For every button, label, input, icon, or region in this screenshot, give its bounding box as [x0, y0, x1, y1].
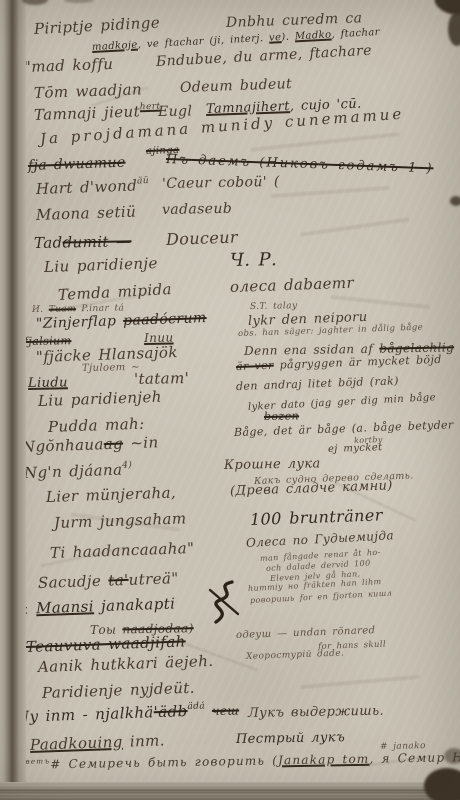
- handwritten-line-struck: Teauvuva waadjifah: [26, 632, 186, 656]
- line-text: Pudda mah:: [48, 415, 145, 436]
- handwritten-line: Ч. Р.: [230, 249, 278, 271]
- handwritten-line: Лукъ выдержишь.: [248, 704, 384, 721]
- line-text: janakapti: [94, 594, 176, 615]
- handwritten-line-struck: Пъ даемъ (Никовъ годамъ 1 ): [166, 152, 434, 176]
- handwritten-annotation: Tjuloem ~: [82, 362, 140, 374]
- line-text: ej mycket: [328, 442, 383, 455]
- handwritten-line: Odeum budeut: [180, 76, 293, 96]
- handwritten-line: Пестрый лукъ: [236, 730, 345, 747]
- handwritten-annotation: ej mycket: [328, 442, 383, 455]
- handwritten-line: Taddumit —: [34, 232, 132, 252]
- line-text: Крошне лука: [224, 456, 321, 473]
- handwritten-line: Hart d'wondäü: [36, 176, 150, 198]
- struck-text: fja dwuamue: [28, 155, 126, 174]
- line-text: Ng'n djáana: [24, 461, 123, 482]
- line-text: S.T. talay: [250, 301, 298, 312]
- handwritten-line: Temda mipida: [58, 280, 173, 304]
- handwritten-line: Liu paridienjeh: [38, 388, 162, 410]
- inserted-word: äü: [137, 176, 149, 186]
- handwritten-line: 100 brunträner: [250, 505, 383, 529]
- handwritten-line: Aanik hutkkari äejeh.: [38, 652, 214, 676]
- handwritten-line-struck: fjalsium: [24, 334, 72, 348]
- line-text: "Zinjerflap: [36, 313, 124, 332]
- line-text: Liu paridienjeh: [38, 388, 162, 410]
- ink-scribble: [204, 580, 244, 624]
- struck-text: Teauvuva waadjifah: [26, 632, 186, 656]
- handwritten-line: олеса dabaemr: [230, 274, 355, 296]
- line-text: Temda mipida: [58, 280, 173, 304]
- handwritten-line-struck: bozen: [264, 409, 299, 423]
- handwritten-line: S.T. talay: [250, 301, 298, 312]
- line-text: madkoje: [92, 40, 138, 53]
- struck-text: dumit —: [62, 232, 131, 251]
- page-edge-strip: [0, 782, 460, 800]
- book-binding-edge: [0, 0, 26, 800]
- handwritten-line: Liu paridienje: [44, 254, 158, 276]
- line-text: Sacudje: [38, 572, 109, 592]
- line-text: Douceur: [166, 227, 239, 248]
- inserted-word: 4): [122, 460, 132, 470]
- line-text: олеса dabaemr: [230, 274, 355, 296]
- handwritten-line: Maona setiü: [36, 203, 137, 224]
- handwritten-line: den andraj litet böjd (rak): [236, 374, 399, 393]
- line-text: одеуш — undan rönared: [236, 625, 376, 641]
- struck-text: Пъ даемъ (Никовъ годамъ 1 ): [166, 152, 434, 176]
- handwritten-line: Piriptje pidinge: [34, 13, 161, 38]
- handwritten-line: Tōm waadjan: [34, 80, 143, 102]
- handwritten-annotation: Хеороcтурій dade.: [246, 649, 345, 662]
- struck-text: Liudu: [28, 375, 68, 391]
- handwritten-line: Ngŏnhauaag ~in: [22, 433, 159, 456]
- line-text: Пестрый лукъ: [236, 730, 345, 747]
- line-text: Hart d'wond: [36, 176, 138, 198]
- line-text: , ve ftachar (ji, interj.: [137, 33, 269, 51]
- handwritten-line-struck: чеш: [212, 704, 239, 718]
- line-text: Олеса по Гудыемиjда: [246, 528, 395, 550]
- line-text: Lier münjeraha,: [46, 483, 177, 506]
- line-text: Tad: [34, 234, 63, 252]
- line-text: 'Caeur coboü' (: [162, 174, 280, 192]
- line-text: Tamnaji jieut: [34, 102, 141, 124]
- line-text: # Семиречь быть говорить (: [50, 753, 278, 771]
- line-text: Aanik hutkkari äejeh.: [38, 652, 214, 676]
- struck-text: чеш: [212, 704, 239, 718]
- line-text: Odeum budeut: [180, 76, 293, 96]
- corner-stain: [444, 748, 460, 764]
- handwritten-line: Douceur: [166, 227, 239, 248]
- line-text: Eugl: [158, 103, 193, 120]
- line-text: Liu paridienje: [44, 254, 158, 276]
- line-text: Janakap tom: [278, 752, 370, 768]
- handwritten-line: Ng'n djáana4): [24, 460, 133, 482]
- struck-text: fjalsium: [24, 334, 72, 348]
- line-text: Piriptje pidinge: [34, 13, 161, 38]
- handwritten-line: ± Maansi janakapti: [16, 594, 176, 618]
- handwritten-line: Paridienje nyjdeüt.: [42, 679, 195, 702]
- struck-text: paadócrum: [123, 310, 207, 329]
- struck-text: Тиат: [49, 304, 76, 314]
- corner-stain: [448, 12, 460, 46]
- edge-stain: [64, 0, 94, 3]
- line-text: Лукъ выдержишь.: [248, 704, 384, 721]
- line-text: inm.: [122, 731, 165, 750]
- corner-stain: [424, 768, 460, 800]
- handwritten-line: 'Caeur coboü' (: [162, 174, 280, 192]
- edge-stain: [450, 196, 460, 206]
- line-text: vadaseub: [162, 201, 232, 218]
- line-text: Madko: [295, 29, 332, 42]
- handwritten-line: новетъ# Семиречь быть говорить (Janakap …: [14, 749, 460, 772]
- handwritten-line: Pudda mah:: [48, 415, 145, 436]
- line-text: ).: [281, 31, 295, 43]
- inserted-word: ädá: [187, 702, 205, 713]
- handwritten-annotation: одеуш — undan rönared: [236, 625, 376, 641]
- line-text: Ny inm - njalkhä: [16, 703, 154, 726]
- line-text: Maona setiü: [36, 203, 137, 224]
- line-text: Ti haadancaaaha": [50, 539, 195, 562]
- handwritten-line-struck: Liudu: [28, 375, 68, 391]
- manuscript-photo: Piriptje pidinge Dnbhu curedm ca madkoje…: [0, 0, 460, 800]
- line-text: "mad koffu: [24, 55, 114, 76]
- line-text: Paadkouing: [30, 733, 123, 754]
- line-text: И.: [32, 305, 49, 315]
- struck-text: ag: [103, 434, 123, 453]
- line-text: Tjuloem ~: [82, 362, 140, 374]
- line-text: Maansi: [36, 597, 94, 617]
- handwritten-line: "mad koffu: [24, 55, 114, 76]
- line-text: , ftachar: [331, 27, 380, 41]
- line-text: ve: [269, 32, 282, 44]
- line-text: utreä": [128, 569, 179, 589]
- struck-text: bozen: [264, 409, 299, 423]
- struck-text: är ver: [236, 359, 274, 373]
- handwritten-line: Крошне лука: [224, 456, 321, 473]
- line-text: Paridienje nyjdeüt.: [42, 679, 195, 702]
- line-text: Ngŏnhaua: [22, 435, 104, 456]
- handwritten-line: 'tatam': [134, 369, 190, 388]
- line-text: Ч. Р.: [230, 249, 278, 271]
- line-text: den andraj litet böjd (rak): [236, 374, 399, 393]
- struck-text: ta': [108, 571, 129, 590]
- line-text: 100 brunträner: [250, 505, 383, 529]
- line-text: 'tatam': [134, 369, 190, 388]
- line-text: Хеороcтурій dade.: [246, 649, 345, 662]
- handwritten-line: Ti haadancaaaha": [50, 539, 195, 562]
- line-text: Tōm waadjan: [34, 80, 143, 102]
- handwritten-line: Tamnaji jieuthert: [34, 102, 161, 124]
- handwritten-line-struck: fja dwuamue: [28, 155, 126, 174]
- handwritten-line: Ny inm - njalkhä'ädbädá: [16, 701, 206, 726]
- struck-text: 'ädb: [153, 702, 187, 721]
- handwritten-line: Paadkouing inm.: [30, 731, 166, 754]
- handwritten-line: vadaseub: [162, 201, 232, 218]
- handwritten-line: Lier münjeraha,: [46, 483, 177, 506]
- handwritten-line: Sacudje ta'utreä": [38, 569, 179, 592]
- handwritten-line: Олеса по Гудыемиjда: [246, 528, 395, 550]
- handwritten-line: Eugl: [158, 103, 193, 120]
- line-text: ~in: [123, 433, 159, 452]
